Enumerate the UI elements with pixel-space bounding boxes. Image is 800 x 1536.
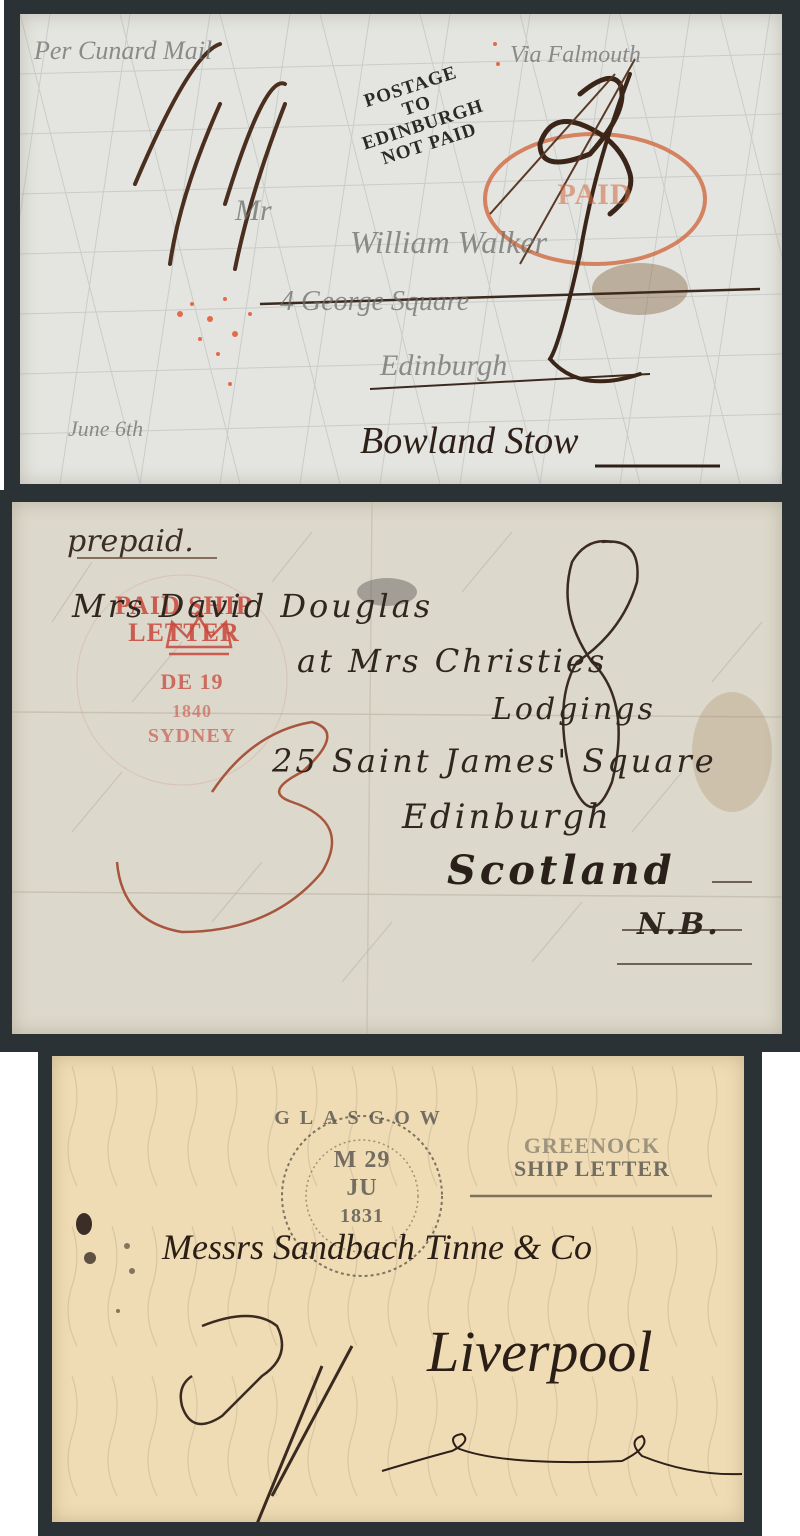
address-line-1: Mrs David Douglas [72,587,433,625]
address-line-7: N.B. [637,907,721,942]
address-line-1: Messrs Sandbach Tinne & Co [162,1226,592,1268]
cover-1-edinburgh-not-paid: Per Cunard Mail Via Falmouth POSTAGE TO … [20,14,782,484]
glasgow-cds-year: 1831 [312,1206,412,1227]
cover-3-greenock-ship-letter: GLASGOW M 29 JU 1831 GREENOCK SHIP LETTE… [52,1056,744,1522]
glasgow-cds-month: JU [312,1176,412,1201]
date-note: June 6th [68,416,143,442]
forwarding-address: Bowland Stow [360,419,579,463]
address-line-3: Lodgings [492,692,656,727]
address-line-2: William Walker [350,224,547,261]
crown-stamp-year: 1840 [122,702,262,721]
crown-stamp-date: DE 19 [122,670,262,693]
address-line-6: Scotland [447,847,676,894]
ship-letter-line-2: SHIP LETTER [462,1157,722,1180]
address-line-1: Mr [235,194,272,228]
address-line-4: Edinburgh [380,349,507,383]
oval-paid-stamp-text: PAID [540,179,650,211]
page-edge-left [0,0,4,490]
ship-letter-line-1: GREENOCK [462,1134,722,1157]
address-line-5: Edinburgh [402,797,612,837]
routing-via: Via Falmouth [510,42,641,69]
address-line-2: Liverpool [427,1318,653,1385]
prepaid-note: prepaid. [67,524,194,559]
address-line-3: 4 George Square [280,286,469,318]
page-edge-left-bottom [0,1052,38,1536]
greenock-ship-letter-handstamp: GREENOCK SHIP LETTER [462,1134,722,1180]
glasgow-cds-date: M 29 [312,1148,412,1173]
address-line-4: 25 Saint James' Square [272,742,717,780]
cover-2-sydney-paid-ship-letter: prepaid. PAID SHIP LETTER DE 19 1840 SYD… [12,502,782,1034]
address-line-2: at Mrs Christies [297,642,607,680]
crown-stamp-city: SYDNEY [112,726,272,747]
page-edge-right-bottom [762,1052,800,1536]
routing-note: Per Cunard Mail [34,36,212,66]
glasgow-cds-city: GLASGOW [267,1108,457,1129]
